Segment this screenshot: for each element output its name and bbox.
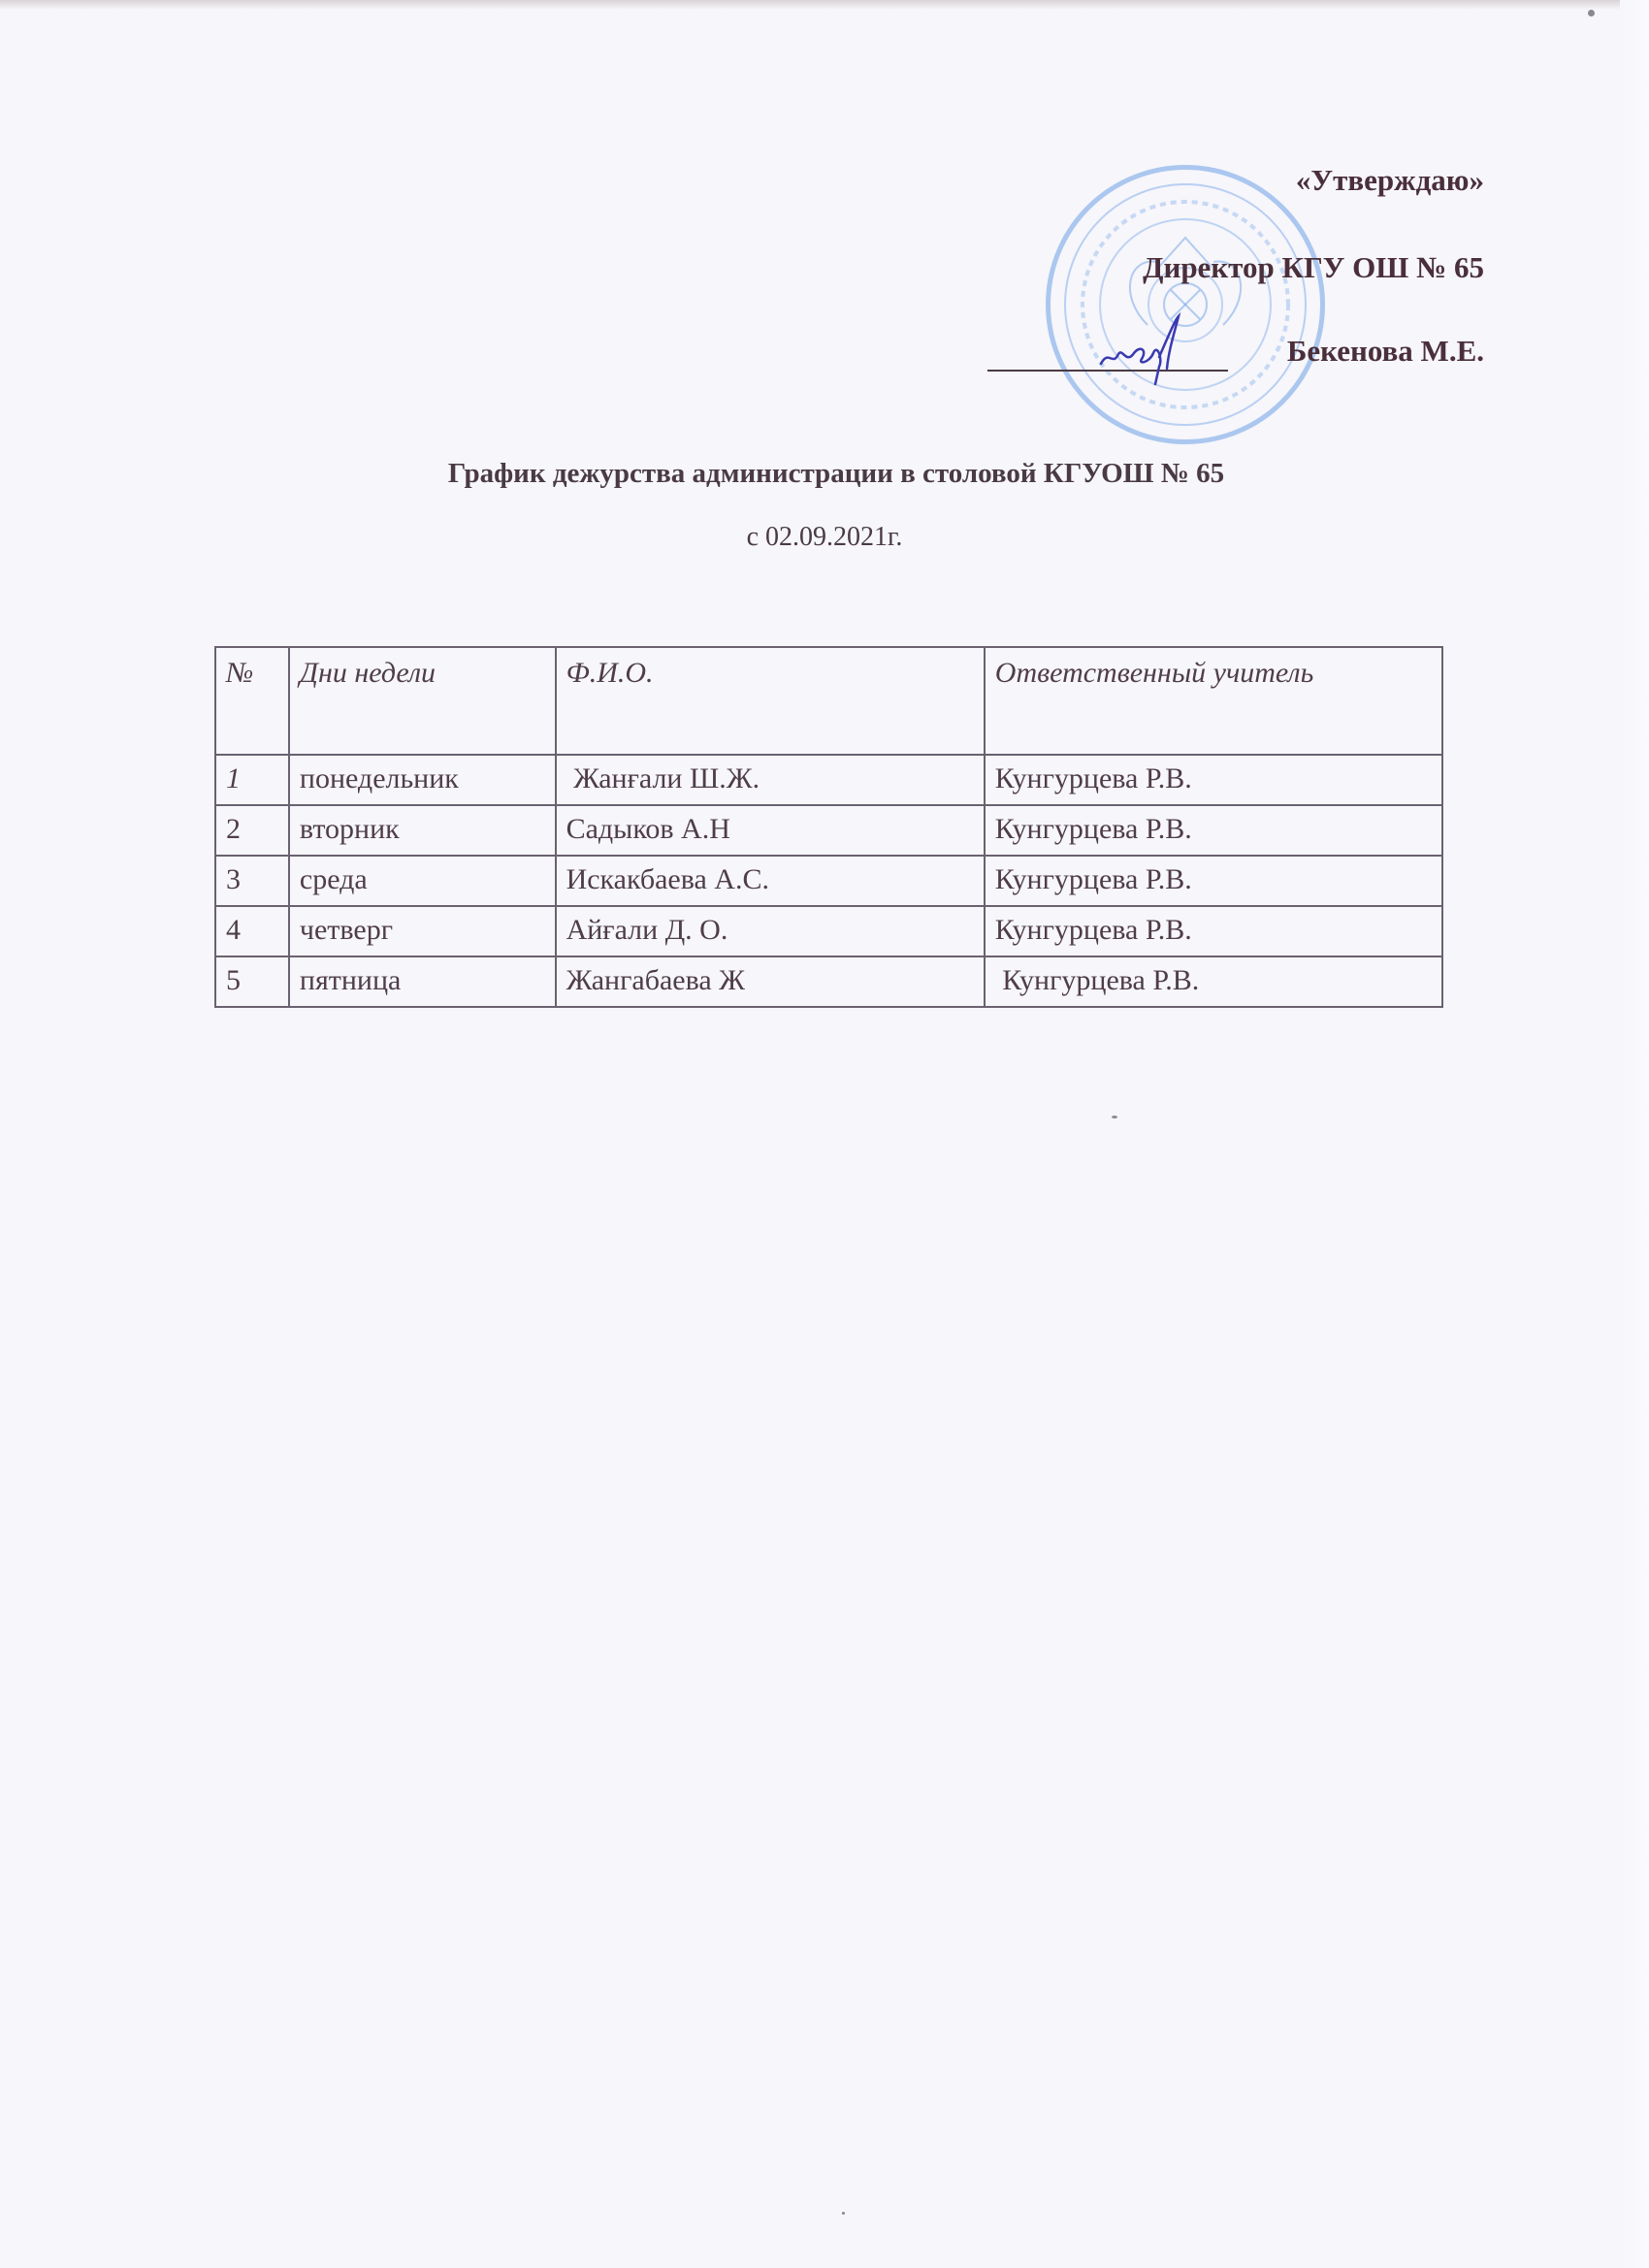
row-full-name: Искакбаева А.С. [556, 856, 985, 906]
row-responsible-teacher: Кунгурцева Р.В. [985, 856, 1442, 906]
director-position: Директор КГУ ОШ № 65 [1143, 250, 1484, 285]
table-header-row: № Дни недели Ф.И.О. Ответственный учител… [215, 647, 1442, 755]
scan-edge-right [1620, 0, 1649, 2268]
row-responsible-teacher: Кунгурцева Р.В. [985, 805, 1442, 856]
row-number: 5 [215, 956, 289, 1007]
header-responsible-teacher: Ответственный учитель [985, 647, 1442, 755]
row-number: 2 [215, 805, 289, 856]
approval-label: «Утверждаю» [1296, 163, 1484, 198]
row-full-name: Жанғали Ш.Ж. [556, 755, 985, 805]
stamp-emblem-icon [1051, 170, 1320, 439]
document-title: График дежурства администрации в столово… [0, 458, 1649, 490]
scan-speck [1588, 10, 1595, 16]
row-weekday: четверг [289, 906, 556, 956]
header-weekday: Дни недели [289, 647, 556, 755]
header-number: № [215, 647, 289, 755]
table-row: 3 среда Искакбаева А.С. Кунгурцева Р.В. [215, 856, 1442, 906]
row-weekday: пятница [289, 956, 556, 1007]
effective-date: с 02.09.2021г. [0, 522, 1649, 553]
row-responsible-teacher: Кунгурцева Р.В. [985, 956, 1442, 1007]
row-full-name: Жангабаева Ж [556, 956, 985, 1007]
row-full-name: Садыков А.Н [556, 805, 985, 856]
header-full-name: Ф.И.О. [556, 647, 985, 755]
table-row: 5 пятница Жангабаева Ж Кунгурцева Р.В. [215, 956, 1442, 1007]
table-row: 1 понедельник Жанғали Ш.Ж. Кунгурцева Р.… [215, 755, 1442, 805]
signature-icon [1091, 310, 1208, 388]
row-weekday: вторник [289, 805, 556, 856]
table-row: 4 четверг Айғали Д. О. Кунгурцева Р.В. [215, 906, 1442, 956]
row-full-name: Айғали Д. О. [556, 906, 985, 956]
row-weekday: среда [289, 856, 556, 906]
row-responsible-teacher: Кунгурцева Р.В. [985, 906, 1442, 956]
signatory-name: Бекенова М.Е. [1287, 334, 1484, 369]
row-number: 1 [215, 755, 289, 805]
row-number: 3 [215, 856, 289, 906]
duty-schedule-table: № Дни недели Ф.И.О. Ответственный учител… [214, 646, 1443, 1008]
row-number: 4 [215, 906, 289, 956]
scan-edge-shadow [0, 0, 1649, 10]
table-row: 2 вторник Садыков А.Н Кунгурцева Р.В. [215, 805, 1442, 856]
scan-speck [842, 2212, 845, 2215]
row-weekday: понедельник [289, 755, 556, 805]
row-responsible-teacher: Кунгурцева Р.В. [985, 755, 1442, 805]
scan-speck [1112, 1116, 1117, 1118]
official-stamp [1046, 165, 1325, 444]
